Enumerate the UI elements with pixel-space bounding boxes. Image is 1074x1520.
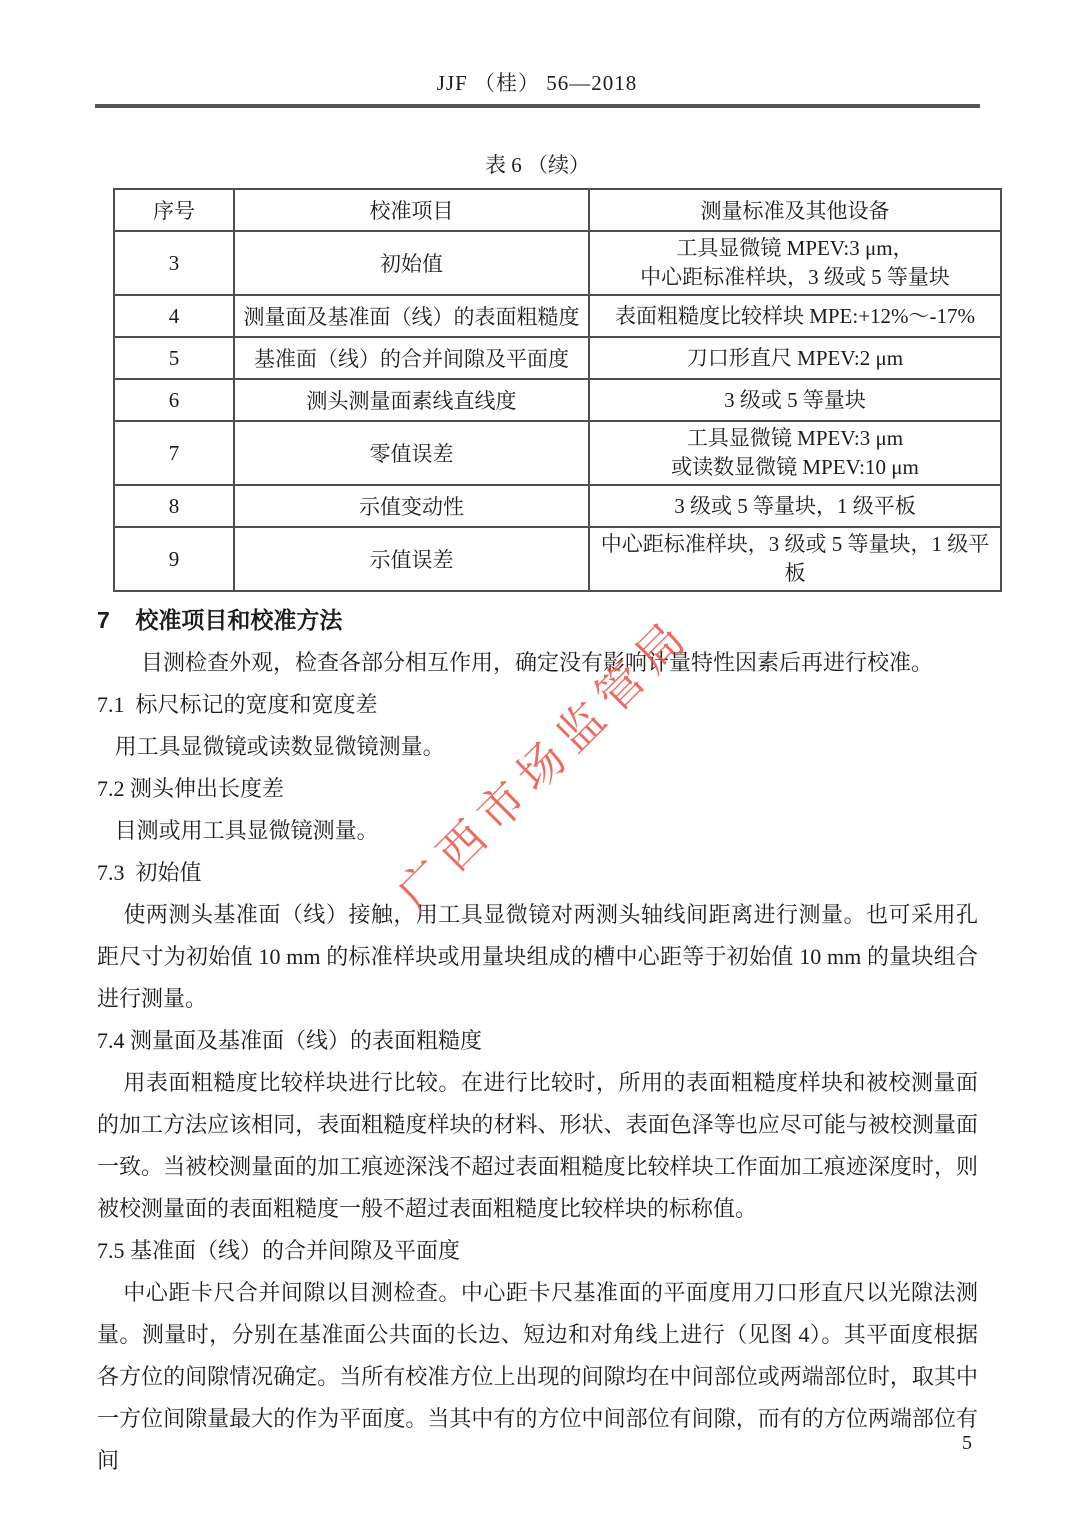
page-number: 5	[962, 1432, 972, 1455]
cell-item: 示值变动性	[234, 485, 589, 527]
table-row: 3 初始值 工具显微镜 MPEV:3 μm， 中心距标准样块，3 级或 5 等量…	[114, 231, 1001, 295]
column-header-standard: 测量标准及其他设备	[589, 189, 1001, 231]
page-content: 表 6 （续） 序号 校准项目 测量标准及其他设备 3 初始值 工具显微镜 MP…	[97, 152, 978, 1482]
table-row: 6 测头测量面素线直线度 3 级或 5 等量块	[114, 379, 1001, 421]
subsection-7-1-body: 用工具显微镜或读数显微镜测量。	[97, 726, 978, 768]
cell-standard: 工具显微镜 MPEV:3 μm 或读数显微镜 MPEV:10 μm	[589, 421, 1001, 485]
subsection-7-2-body: 目测或用工具显微镜测量。	[97, 810, 978, 852]
column-header-item: 校准项目	[234, 189, 589, 231]
cell-standard: 3 级或 5 等量块	[589, 379, 1001, 421]
cell-seq: 3	[114, 231, 234, 295]
cell-item: 零值误差	[234, 421, 589, 485]
table-header-row: 序号 校准项目 测量标准及其他设备	[114, 189, 1001, 231]
subsection-7-4-body: 用表面粗糙度比较样块进行比较。在进行比较时，所用的表面粗糙度样块和被校测量面的加…	[97, 1062, 978, 1230]
section-7-heading: 7 校准项目和校准方法	[97, 598, 978, 642]
subsection-7-3-body: 使两测头基准面（线）接触，用工具显微镜对两测头轴线间距离进行测量。也可采用孔距尺…	[97, 894, 978, 1020]
table-row: 4 测量面及基准面（线）的表面粗糙度 表面粗糙度比较样块 MPE:+12%～-1…	[114, 295, 1001, 337]
calibration-table: 序号 校准项目 测量标准及其他设备 3 初始值 工具显微镜 MPEV:3 μm，…	[113, 188, 1002, 592]
cell-standard: 中心距标准样块，3 级或 5 等量块，1 级平板	[589, 527, 1001, 591]
cell-seq: 8	[114, 485, 234, 527]
subsection-7-5-heading: 7.5 基准面（线）的合并间隙及平面度	[97, 1230, 978, 1272]
column-header-seq: 序号	[114, 189, 234, 231]
cell-seq: 6	[114, 379, 234, 421]
cell-standard: 工具显微镜 MPEV:3 μm， 中心距标准样块，3 级或 5 等量块	[589, 231, 1001, 295]
table-row: 7 零值误差 工具显微镜 MPEV:3 μm 或读数显微镜 MPEV:10 μm	[114, 421, 1001, 485]
cell-item: 示值误差	[234, 527, 589, 591]
cell-standard: 刀口形直尺 MPEV:2 μm	[589, 337, 1001, 379]
table-row: 8 示值变动性 3 级或 5 等量块，1 级平板	[114, 485, 1001, 527]
cell-item: 测头测量面素线直线度	[234, 379, 589, 421]
subsection-7-1-heading: 7.1 标尺标记的宽度和宽度差	[97, 684, 978, 726]
cell-seq: 5	[114, 337, 234, 379]
subsection-7-5-body: 中心距卡尺合并间隙以目测检查。中心距卡尺基准面的平面度用刀口形直尺以光隙法测量。…	[97, 1272, 978, 1482]
subsection-7-4-heading: 7.4 测量面及基准面（线）的表面粗糙度	[97, 1020, 978, 1062]
subsection-7-2-heading: 7.2 测头伸出长度差	[97, 768, 978, 810]
cell-seq: 4	[114, 295, 234, 337]
cell-item: 测量面及基准面（线）的表面粗糙度	[234, 295, 589, 337]
cell-standard: 表面粗糙度比较样块 MPE:+12%～-17%	[589, 295, 1001, 337]
table-row: 5 基准面（线）的合并间隙及平面度 刀口形直尺 MPEV:2 μm	[114, 337, 1001, 379]
cell-seq: 7	[114, 421, 234, 485]
section-7-intro: 目测检查外观，检查各部分相互作用，确定没有影响计量特性因素后再进行校准。	[97, 642, 978, 684]
cell-standard: 3 级或 5 等量块，1 级平板	[589, 485, 1001, 527]
subsection-7-3-heading: 7.3 初始值	[97, 852, 978, 894]
document-number: JJF （桂） 56—2018	[0, 0, 1074, 96]
table-row: 9 示值误差 中心距标准样块，3 级或 5 等量块，1 级平板	[114, 527, 1001, 591]
document-page: JJF （桂） 56—2018 广西市场监管局 表 6 （续） 序号 校准项目 …	[0, 0, 1074, 1520]
cell-item: 初始值	[234, 231, 589, 295]
cell-seq: 9	[114, 527, 234, 591]
table-title: 表 6 （续）	[97, 152, 978, 178]
cell-item: 基准面（线）的合并间隙及平面度	[234, 337, 589, 379]
header-rule	[95, 104, 980, 108]
